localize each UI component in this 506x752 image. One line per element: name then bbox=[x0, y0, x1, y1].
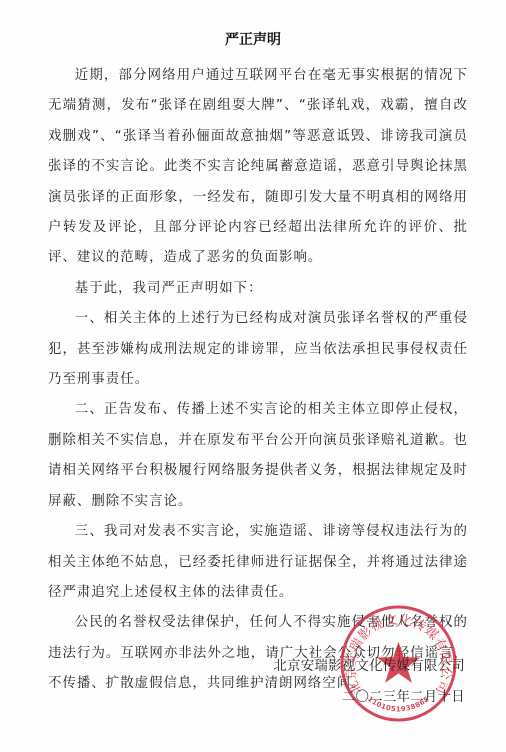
paragraph-point-two: 二、正告发布、传播上述不实言论的相关主体立即停止侵权，删除相关不实信息，并在原发… bbox=[48, 395, 468, 517]
paragraph-intro: 近期，部分网络用户通过互联网平台在毫无事实根据的情况下无端猜测，发布“张译在剧组… bbox=[48, 61, 468, 274]
document-title: 严正声明 bbox=[0, 29, 506, 49]
statement-page: 严正声明 近期，部分网络用户通过互联网平台在毫无事实根据的情况下无端猜测，发布“… bbox=[0, 0, 506, 752]
paragraph-point-three: 三、我司对发表不实言论，实施造谣、诽谤等侵权违法行为的相关主体绝不姑息，已经委托… bbox=[48, 517, 468, 608]
signature-date: 二〇二三年二月十日 bbox=[265, 686, 465, 705]
paragraph-point-one: 一、相关主体的上述行为已经构成对演员张译名誉权的严重侵犯，甚至涉嫌构成刑法规定的… bbox=[48, 304, 468, 395]
paragraph-declaration-lead: 基于此，我司严正声明如下： bbox=[48, 274, 468, 304]
signature-company: 北京安瑞影视文化传媒有限公司 bbox=[265, 655, 465, 674]
